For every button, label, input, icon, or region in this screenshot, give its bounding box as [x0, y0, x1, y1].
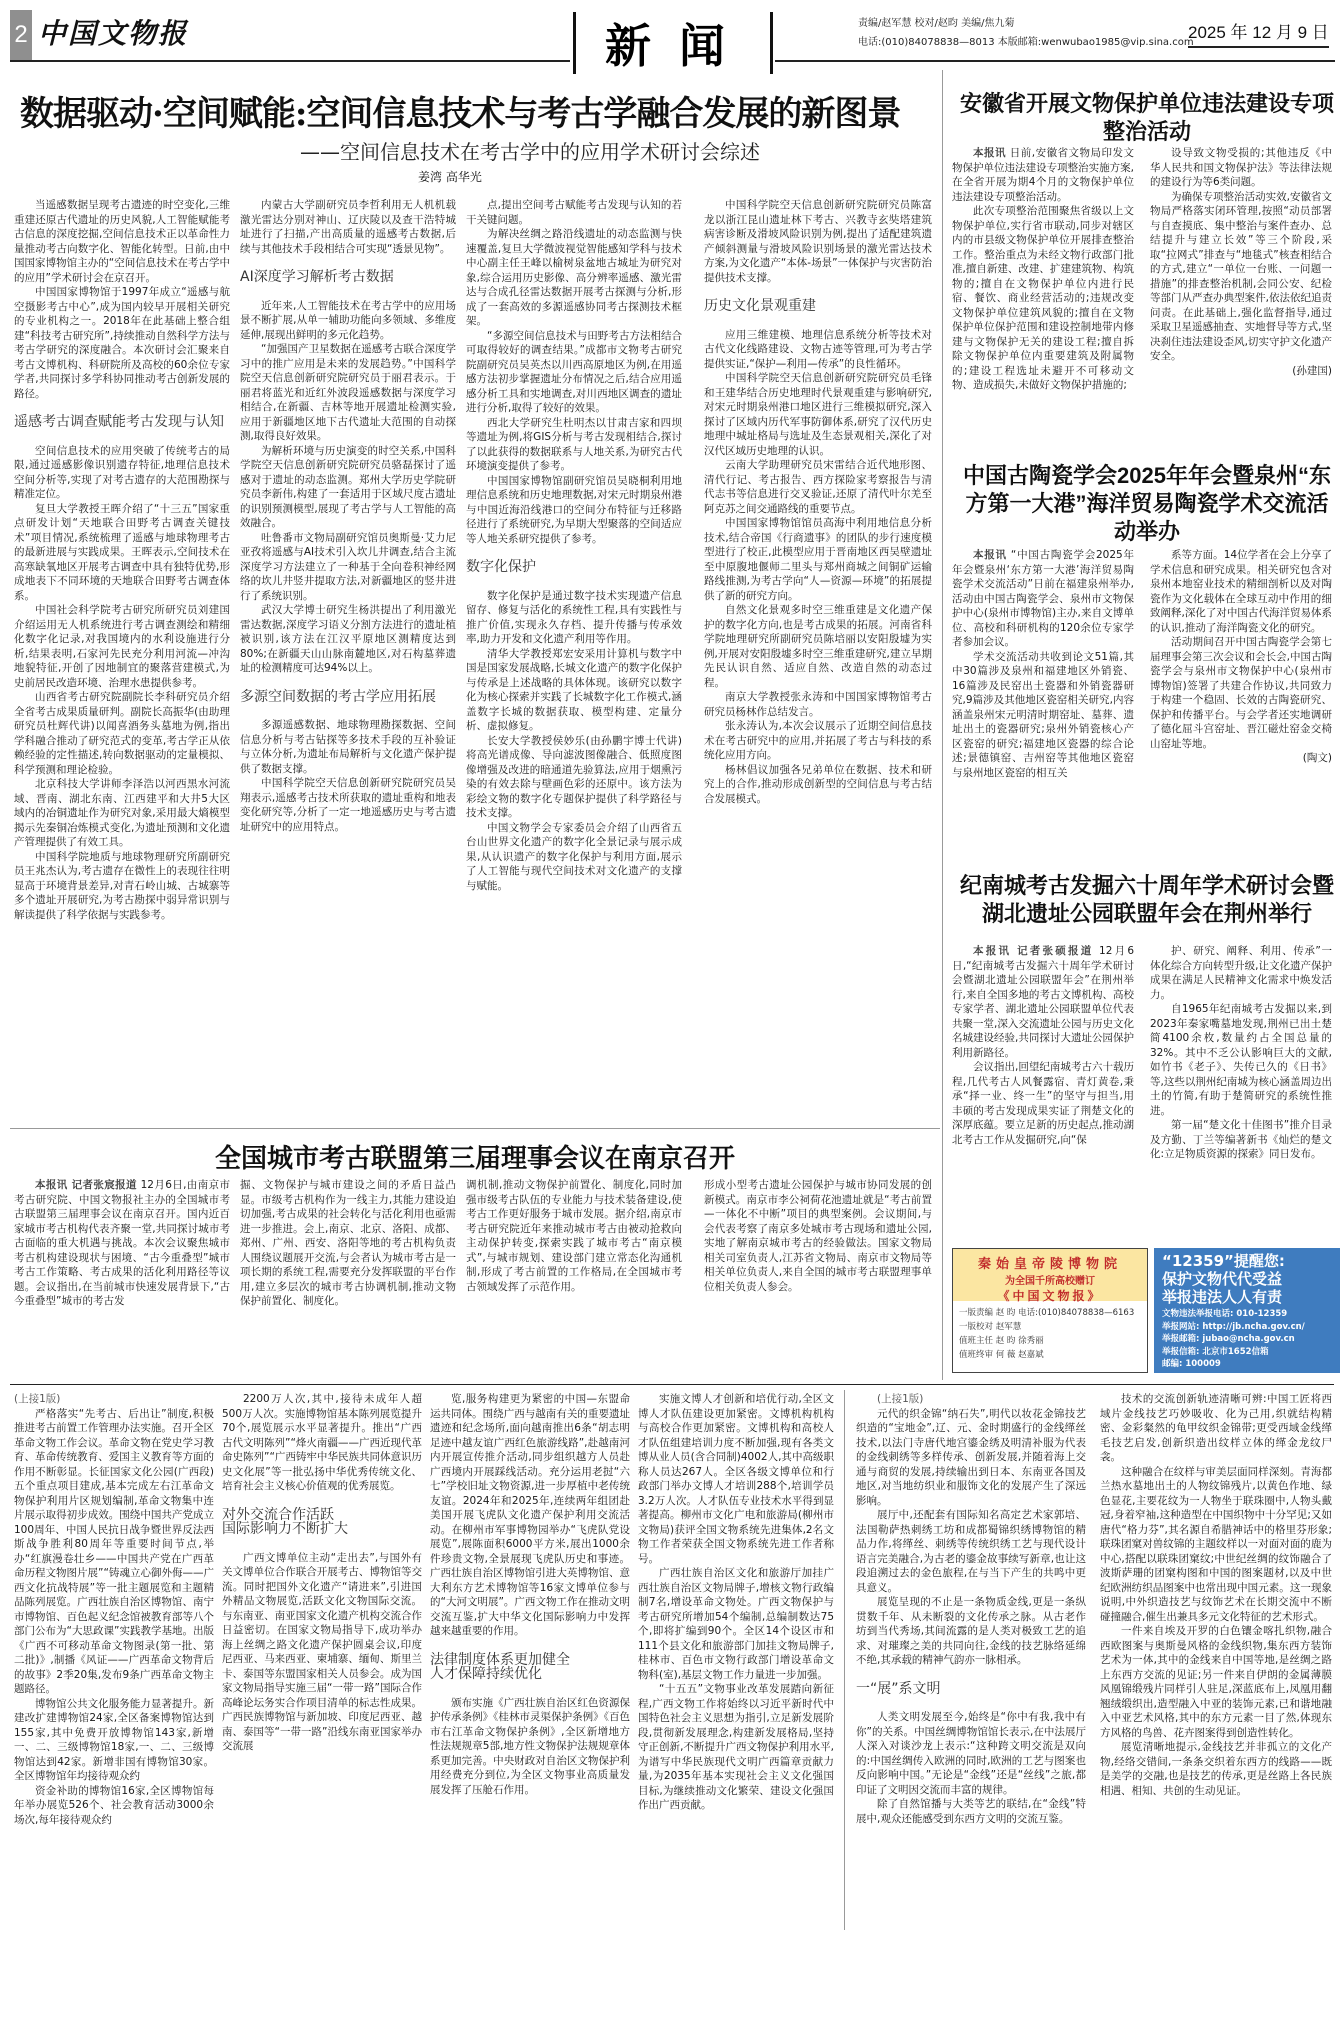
author-signature: (孙建国) [1150, 364, 1332, 379]
paragraph: 技术的交流创新轨迹清晰可辨:中国工匠将西域片金线技艺巧妙吸收、化为己用,织就结构… [1100, 1392, 1332, 1465]
paragraph-text: 学术交流活动共收到论文51篇,其中30篇涉及泉州和福建地区外销瓷、16篇涉及民窑… [952, 651, 1134, 779]
section-subheading: 法律制度体系更加健全 人才保障持续优化 [430, 1653, 630, 1682]
hotline-headline-3: 举报违法人人有责 [1162, 1288, 1332, 1306]
paragraph: 自1965年纪南城考古发掘以来,到2023年秦家嘴墓地发现,荆州已出土楚简410… [1150, 1002, 1332, 1118]
paragraph: 张永涛认为,本次会议展示了近期空间信息技术在考古研究中的应用,并拓展了考古与科技… [704, 719, 932, 763]
credits-line-1: 责编/赵军慧 校对/赵昀 美编/焦九菊 [858, 14, 1194, 33]
paragraph-text: 山西省考古研究院副院长李科研究员介绍全省考古成果质量研判。副院长高振华(由助理研… [14, 691, 230, 776]
paragraph: 展厅中,还配套有国际知名高定艺术家郭培、法国勒萨热刺绣工坊和成都蜀锦织绣博物馆的… [856, 1508, 1086, 1595]
paragraph: 展览清晰地提示,金线技艺并非孤立的文化产物,经络交错间,一条条交织着东西方的线路… [1100, 1740, 1332, 1798]
paragraph: 此次专项整治范围聚焦省级以上文物保护单位,实行省市联动,同步对辖区内的市县级文物… [952, 204, 1134, 393]
paragraph-text: 第一届“楚文化十佳图书”推介目录及方勤、丁兰等编著新书《灿烂的楚文化:立足物质资… [1150, 1119, 1332, 1160]
paragraph-text: 一件来自埃及开罗的白色镶金喀扎织物,融合西欧图案与奥斯曼风格的金线织物,集东西方… [1100, 1625, 1332, 1739]
paragraph: 吐鲁番市文物局副研究馆员奥斯曼·艾力尼亚孜将遥感与AI技术引入坎儿井调查,结合主… [240, 531, 456, 604]
paragraph: “十五五”文物事业改革发展踏向新征程,广西文物工作将始终以习近平新时代中国特色社… [638, 1682, 834, 1813]
section-subheading: 对外交流合作活跃 国际影响力不断扩大 [222, 1508, 422, 1537]
page-number: 2 [10, 10, 32, 60]
anhui-article-column-1: 本报讯 日前,安徽省文物局印发文物保护单位违法建设专项整治实施方案,在全省开展为… [952, 146, 1134, 436]
section-subheading: 历史文化景观重建 [704, 299, 932, 314]
paragraph-text: 12月6日,“纪南城考古发掘六十周年学术研讨会暨湖北遗址公园联盟年会”在荆州举行… [952, 945, 1134, 1059]
paragraph: 中国文物学会专家委员会介绍了山西省五台山世界文化遗产的数字化全景记录与展示成果,… [466, 821, 682, 894]
article-lead: 本报讯 [973, 549, 1007, 561]
paragraph: 展览呈现的不止是一条物质金线,更是一条纵贯数千年、从未断裂的文化传承之脉。从古老… [856, 1595, 1086, 1668]
guangxi-article-column-4: 实施文博人才创新和培优行动,全区文博人才队伍建设更加紧密。文博机构机构与高校合作… [638, 1392, 834, 1932]
paragraph: 资金补助的博物馆16家,全区博物馆每年举办展览526个、社会教育活动3000余场… [14, 1784, 214, 1828]
paragraph-text: 人类文明发展至今,始终是“你中有我,我中有你”的关系。中国丝绸博物馆馆长表示,在… [856, 1711, 1086, 1796]
guangxi-article-column-3: 览,服务构建更为紧密的中国—东盟命运共同体。围绕广西与越南有关的重要遗址遗迹和纪… [430, 1392, 630, 1932]
paragraph: 中国国家博物馆馆员高海中利用地信息分析技术,结合帝国《行商遗事》的团队的步行速度… [704, 516, 932, 603]
paragraph-text: 设导致文物受损的;其他违反《中华人民共和国文物保护法》等法律法规的建设行为等6类… [1150, 147, 1332, 188]
paragraph-text: 技术的交流创新轨迹清晰可辨:中国工匠将西域片金线技艺巧妙吸收、化为己用,织就结构… [1100, 1393, 1332, 1463]
paragraph: 云南大学助理研究员宋雷结合近代地形图、清代行记、考古报告、西方探险家考察报告与清… [704, 458, 932, 516]
paragraph-text: 中国文物学会专家委员会介绍了山西省五台山世界文化遗产的数字化全景记录与展示成果,… [466, 822, 682, 892]
paragraph: 览,服务构建更为紧密的中国—东盟命运共同体。围绕广西与越南有关的重要遗址遗迹和纪… [430, 1392, 630, 1639]
paragraph-text: 广西壮族自治区文化和旅游厅加挂广西壮族自治区文物局牌子,增核文物行政编制7名,增… [638, 1567, 834, 1681]
paragraph-text: 2200万人次,其中,接待未成年人超500万人次。实施博物馆基本陈列展览提升70… [222, 1393, 422, 1492]
paragraph-text: 展览清晰地提示,金线技艺并非孤立的文化产物,经络交错间,一条条交织着东西方的线路… [1100, 1741, 1332, 1797]
divider-city-article [10, 1128, 940, 1129]
paragraph-text: 实施文博人才创新和培优行动,全区文博人才队伍建设更加紧密。文博机构机构与高校合作… [638, 1393, 834, 1565]
author-signature: (陶文) [1150, 751, 1332, 766]
paragraph: 数字化保护是通过数字技术实现遗产信息留存、修复与活化的系统性工程,具有实践性与推… [466, 589, 682, 647]
masthead-rule-right [775, 60, 1335, 62]
hotline-headline-2: 保护文物代代受益 [1162, 1270, 1332, 1288]
hotline-email-link[interactable]: 举报邮箱: jubao@ncha.gov.cn [1162, 1333, 1332, 1346]
section-divider-left [573, 12, 576, 74]
hotline-mailbox: 举报信箱: 北京市1652信箱 [1162, 1346, 1332, 1359]
paragraph-text: “中国古陶瓷学会2025年年会暨泉州‘东方第一大港’海洋贸易陶瓷学术交流活动”日… [952, 549, 1134, 648]
paragraph-text: 严格落实“先考古、后出让”制度,积极推进考古前置工作管理办法实施。召开全区革命文… [14, 1408, 214, 1696]
section-subheading: 数字化保护 [466, 560, 682, 575]
paper-logo: 中国文物报 [38, 12, 188, 52]
paragraph-text: 应用三维建模、地理信息系统分析等技术对古代文化线路建设、文物古迹等管理,可为考古… [704, 329, 932, 370]
ceramics-article-title: 中国古陶瓷学会2025年年会暨泉州“东方第一大港”海洋贸易陶瓷学术交流活动举办 [950, 462, 1344, 546]
ceramics-article-column-1: 本报讯 “中国古陶瓷学会2025年年会暨泉州‘东方第一大港’海洋贸易陶瓷学术交流… [952, 548, 1134, 848]
gold-thread-article-column-1: (上接1版) 元代的织金锦“纳石失”,明代以妆花金锦技艺织造的“宝地金”,辽、元… [856, 1392, 1086, 1932]
paragraph-text: 颁布实施《广西壮族自治区红色资源保护传承条例》《桂林市灵渠保护条例》《百色市右江… [430, 1697, 630, 1796]
paragraph: 点,提出空间考古赋能考古发现与认知的若干关键问题。 [466, 198, 682, 227]
paragraph-text: 内蒙古大学副研究员李哲利用无人机机载激光雷达分别对神山、辽庆陵以及查干浩特城址进… [240, 199, 456, 255]
paragraph: 设导致文物受损的;其他违反《中华人民共和国文物保护法》等法律法规的建设行为等6类… [1150, 146, 1332, 190]
paragraph: 中国国家博物馆副研究馆员吴晓桐利用地理信息系统和历史地理数据,对宋元时期泉州港与… [466, 474, 682, 547]
gold-thread-article-column-2: 技术的交流创新轨迹清晰可辨:中国工匠将西域片金线技艺巧妙吸收、化为己用,织就结构… [1100, 1392, 1332, 1932]
paragraph: 这种融合在纹样与审美层面同样深刻。青海都兰热水墓地出土的人物纹锦残片,以黄色作地… [1100, 1465, 1332, 1625]
paragraph-text: 云南大学助理研究员宋雷结合近代地形图、清代行记、考古报告、西方探险家考察报告与清… [704, 459, 932, 515]
paragraph: 广西文博单位主动“走出去”,与国外有关文博单位合作联合开展考古、博物馆等交流。同… [222, 1551, 422, 1754]
paragraph: 空间信息技术的应用突破了传统考古的局限,通过遥感影像识别遗存特征,地理信息技术空… [14, 444, 230, 502]
paragraph: 中国科学院空天信息创新研究院研究员吴翔表示,遥感考古技术所获取的遗址重构和地表变… [240, 776, 456, 834]
paragraph-text: 中国国家博物馆馆员高海中利用地信息分析技术,结合帝国《行商遗事》的团队的步行速度… [704, 517, 932, 602]
report-hotline-ad: “12359”提醒您: 保护文物代代受益 举报违法人人有责 文物违法举报电话: … [1154, 1248, 1340, 1373]
paragraph: 会议指出,回望纪南城考古六十载历程,几代考古人风餐露宿、青灯黄卷,秉承“择一业、… [952, 1060, 1134, 1147]
section-subheading: 多源空间数据的考古学应用拓展 [240, 690, 456, 705]
hotline-phone: 文物违法举报电话: 010-12359 [1162, 1308, 1332, 1321]
paragraph: 调机制,推动文物保护前置化、制度化,同时加强市级考古队伍的专业能力与技术装备建设… [466, 1178, 682, 1294]
paragraph: 掘、文物保护与城市建设之间的矛盾日益凸显。市级考古机构作为一线主力,其能力建设迫… [240, 1178, 456, 1309]
city-article-column-1: 本报讯 记者张宸报道 12月6日,由南京市考古研究院、中国文物报社主办的全国城市… [14, 1178, 230, 1378]
paragraph: 中国社会科学院考古研究所研究员刘建国介绍运用无人机系统进行考古调查测绘和精细化数… [14, 603, 230, 690]
paragraph-text: 中国社会科学院考古研究所研究员刘建国介绍运用无人机系统进行考古调查测绘和精细化数… [14, 604, 230, 689]
staff-row: 值班主任 赵 昀 徐秀丽 [959, 1334, 1141, 1348]
continuation-label: (上接1版) [14, 1392, 214, 1407]
paragraph: 为解析环境与历史演变的时空关系,中国科学院空天信息创新研究院研究员骆磊探讨了遥感… [240, 444, 456, 531]
paragraph-text: 吐鲁番市文物局副研究馆员奥斯曼·艾力尼亚孜将遥感与AI技术引入坎儿井调查,结合主… [240, 532, 456, 602]
column-divider [844, 1390, 845, 1930]
paragraph: 当遥感数据呈现考古遗迹的时空变化,三维重建还原古代遗址的历史风貌,人工智能赋能考… [14, 198, 230, 285]
paragraph: 武汉大学博士研究生杨洪提出了利用激光雷达数据,深度学习语义分割方法进行的遗址植被… [240, 603, 456, 676]
paragraph-text: 西北大学研究生杜明杰以甘肃吉家和四坝等遗址为例,将GIS分析与考古发现相结合,探… [466, 417, 682, 473]
paragraph: 除了自然馆播与大类等艺的联结,在“金线”特展中,观众还能感受到东西方文明的交流互… [856, 1797, 1086, 1826]
paragraph: 应用三维建模、地理信息系统分析等技术对古代文化线路建设、文物古迹等管理,可为考古… [704, 328, 932, 372]
main-article-column-1: 当遥感数据呈现考古遗迹的时空变化,三维重建还原古代遗址的历史风貌,人工智能赋能考… [14, 198, 230, 1126]
paragraph-text: 南京大学教授张永涛和中国国家博物馆考古研究员杨林作总结发言。 [704, 691, 932, 718]
paragraph: 严格落实“先考古、后出让”制度,积极推进考古前置工作管理办法实施。召开全区革命文… [14, 1407, 214, 1697]
paragraph-text: 资金补助的博物馆16家,全区博物馆每年举办展览526个、社会教育活动3000余场… [14, 1785, 214, 1826]
paragraph-text: 中国科学院空天信息创新研究院研究员吴翔表示,遥感考古技术所获取的遗址重构和地表变… [240, 777, 456, 833]
staff-row: 值班终审 何 薇 赵嘉斌 [959, 1348, 1141, 1362]
paragraph-text: 复旦大学教授王晖介绍了“十三五”国家重点研发计划“天地联合田野考古调查关键技术”… [14, 503, 230, 602]
paragraph-text: 广西文博单位主动“走出去”,与国外有关文博单位合作联合开展考古、博物馆等交流。同… [222, 1552, 422, 1753]
paragraph: 中国科学院地质与地球物理研究所副研究员王兆杰认为,考古遗存在微性上的表现往往明显… [14, 850, 230, 923]
paragraph-text: 为解决丝绸之路沿线遗址的动态监测与快速覆盖,复旦大学微波视觉智能感知学科与技术中… [466, 228, 682, 327]
paragraph: 清华大学教授郑宏安采用计算机与数字中国是国家发展战略,长城文化遗产的数字化保护与… [466, 647, 682, 734]
section-title: 新闻 [605, 10, 753, 76]
paragraph-text: 杨林倡议加强各兄弟单位在数据、技术和研究上的合作,推动形成创新型的空间信息与考古… [704, 764, 932, 805]
paragraph: “加强国产卫星数据在遥感考古联合深度学习中的推广应用是未来的发展趋势。”中国科学… [240, 342, 456, 444]
bottom-section-rule [10, 1384, 1334, 1385]
paragraph-text: 当遥感数据呈现考古遗迹的时空变化,三维重建还原古代遗址的历史风貌,人工智能赋能考… [14, 199, 230, 284]
jinan-article-column-2: 护、研究、阐释、利用、传承”一体化综合方向转型升级,让文化遗产保护成果在满足人民… [1150, 944, 1332, 1234]
paragraph: 自然文化景观多时空三维重建是文化遗产保护的数字化方向,也是考古成果的拓展。河南省… [704, 603, 932, 690]
paragraph: 广西壮族自治区文化和旅游厅加挂广西壮族自治区文物局牌子,增核文物行政编制7名,增… [638, 1566, 834, 1682]
anhui-article-title: 安徽省开展文物保护单位违法建设专项整治活动 [950, 90, 1344, 146]
paragraph-text: 数字化保护是通过数字技术实现遗产信息留存、修复与活化的系统性工程,具有实践性与推… [466, 590, 682, 646]
paragraph: 本报讯 “中国古陶瓷学会2025年年会暨泉州‘东方第一大港’海洋贸易陶瓷学术交流… [952, 548, 1134, 650]
paragraph-text: 活动期间召开中国古陶瓷学会第七届理事会第三次会议和会长会,中国古陶瓷学会与泉州市… [1150, 636, 1332, 750]
paragraph: “多源空间信息技术与田野考古方法相结合可取得较好的调查结果。”成都市文物考古研究… [466, 329, 682, 416]
paragraph: 为确保专项整治活动实效,安徽省文物局严格落实闭环管理,按照“动员部署与自查摸底、… [1150, 190, 1332, 364]
hotline-website-link[interactable]: 举报网站: http://jb.ncha.gov.cn/ [1162, 1321, 1332, 1334]
paragraph: 南京大学教授张永涛和中国国家博物馆考古研究员杨林作总结发言。 [704, 690, 932, 719]
paragraph: 本报讯 记者张硕报道 12月6日,“纪南城考古发掘六十周年学术研讨会暨湖北遗址公… [952, 944, 1134, 1060]
staff-row: 一版责编 赵 昀 电话:(010)84078838—6163 [959, 1306, 1141, 1320]
paragraph: 护、研究、阐释、利用、传承”一体化综合方向转型升级,让文化遗产保护成果在满足人民… [1150, 944, 1332, 1002]
ad-title: 秦始皇帝陵博物院 [953, 1253, 1147, 1272]
paragraph: 本报讯 日前,安徽省文物局印发文物保护单位违法建设专项整治实施方案,在全省开展为… [952, 146, 1134, 204]
paragraph-text: “加强国产卫星数据在遥感考古联合深度学习中的推广应用是未来的发展趋势。”中国科学… [240, 343, 456, 442]
main-article-column-2: 内蒙古大学副研究员李哲利用无人机机载激光雷达分别对神山、辽庆陵以及查干浩特城址进… [240, 198, 456, 1126]
paragraph-text: 会议指出,回望纪南城考古六十载历程,几代考古人风餐露宿、青灯黄卷,秉承“择一业、… [952, 1061, 1134, 1146]
paragraph-text: 自1965年纪南城考古发掘以来,到2023年秦家嘴墓地发现,荆州已出土楚简410… [1150, 1003, 1332, 1117]
paragraph: 内蒙古大学副研究员李哲利用无人机机载激光雷达分别对神山、辽庆陵以及查干浩特城址进… [240, 198, 456, 256]
guangxi-article-column-1: (上接1版) 严格落实“先考古、后出让”制度,积极推进考古前置工作管理办法实施。… [14, 1392, 214, 1932]
paragraph: 为解决丝绸之路沿线遗址的动态监测与快速覆盖,复旦大学微波视觉智能感知学科与技术中… [466, 227, 682, 329]
paragraph-text: 张永涛认为,本次会议展示了近期空间信息技术在考古研究中的应用,并拓展了考古与科技… [704, 720, 932, 761]
paragraph-text: 中国国家博物馆副研究馆员吴晓桐利用地理信息系统和历史地理数据,对宋元时期泉州港与… [466, 475, 682, 545]
paragraph: 长安大学教授侯妙乐(由孙鹏宇博士代讲)将高光谱成像、导向滤波图像融合、低照度图像… [466, 734, 682, 821]
main-article-subtitle: ——空间信息技术在考古学中的应用学术研讨会综述 [300, 136, 760, 165]
paragraph: 西北大学研究生杜明杰以甘肃吉家和四坝等遗址为例,将GIS分析与考古发现相结合,探… [466, 416, 682, 474]
paragraph-text: “十五五”文物事业改革发展踏向新征程,广西文物工作将始终以习近平新时代中国特色社… [638, 1683, 834, 1811]
paragraph-text: 中国科学院空天信息创新研究院研究员陈富龙以浙江昆山遗址林下考古、兴教寺玄奘塔建筑… [704, 199, 932, 284]
ad-subtitle: 为全国千所高校赠订 [953, 1272, 1147, 1287]
paragraph: 中国科学院空天信息创新研究院研究员毛锋和王建华结合历史地理时代景观重建与影响研究… [704, 371, 932, 458]
ceramics-article-column-2: 系等方面。14位学者在会上分享了学术信息和研究成果。相关研究包含对泉州本地窑业技… [1150, 548, 1332, 848]
paragraph: 杨林倡议加强各兄弟单位在数据、技术和研究上的合作,推动形成创新型的空间信息与考古… [704, 763, 932, 807]
paragraph-text: 为确保专项整治活动实效,安徽省文物局严格落实闭环管理,按照“动员部署与自查摸底、… [1150, 191, 1332, 363]
article-lead: 本报讯 记者张硕报道 [973, 945, 1093, 957]
hotline-contacts: 文物违法举报电话: 010-12359 举报网站: http://jb.ncha… [1162, 1308, 1332, 1371]
paragraph: 学术交流活动共收到论文51篇,其中30篇涉及泉州和福建地区外销瓷、16篇涉及民窑… [952, 650, 1134, 781]
section-subheading: AI深度学习解析考古数据 [240, 270, 456, 285]
paragraph: 活动期间召开中国古陶瓷学会第七届理事会第三次会议和会长会,中国古陶瓷学会与泉州市… [1150, 635, 1332, 751]
paragraph-text: 中国国家博物馆于1997年成立“遥感与航空摄影考古中心”,成为国内较早开展相关研… [14, 286, 230, 400]
paragraph-text: 览,服务构建更为紧密的中国—东盟命运共同体。围绕广西与越南有关的重要遗址遗迹和纪… [430, 1393, 630, 1637]
city-article-column-2: 掘、文物保护与城市建设之间的矛盾日益凸显。市级考古机构作为一线主力,其能力建设迫… [240, 1178, 456, 1378]
staff-row: 一版校对 赵军慧 [959, 1320, 1141, 1334]
paragraph-text: 中国科学院地质与地球物理研究所副研究员王兆杰认为,考古遗存在微性上的表现往往明显… [14, 851, 230, 921]
paragraph-text: 系等方面。14位学者在会上分享了学术信息和研究成果。相关研究包含对泉州本地窑业技… [1150, 549, 1332, 634]
article-lead: 本报讯 记者张宸报道 [35, 1179, 137, 1191]
editor-credits: 责编/赵军慧 校对/赵昀 美编/焦九菊 电话:(010)84078838—801… [858, 14, 1194, 52]
paragraph-text: 近年来,人工智能技术在考古学中的应用场景不断扩展,从单一辅助功能向多领域、多维度… [240, 300, 456, 341]
paragraph: 一件来自埃及开罗的白色镶金喀扎织物,融合西欧图案与奥斯曼风格的金线织物,集东西方… [1100, 1624, 1332, 1740]
main-article-column-4: 中国科学院空天信息创新研究院研究员陈富龙以浙江昆山遗址林下考古、兴教寺玄奘塔建筑… [704, 198, 932, 1126]
paragraph-text: 为解析环境与历史演变的时空关系,中国科学院空天信息创新研究院研究员骆磊探讨了遥感… [240, 445, 456, 530]
paragraph: 中国国家博物馆于1997年成立“遥感与航空摄影考古中心”,成为国内较早开展相关研… [14, 285, 230, 401]
paragraph: 系等方面。14位学者在会上分享了学术信息和研究成果。相关研究包含对泉州本地窑业技… [1150, 548, 1332, 635]
section-subheading: 遥感考古调查赋能考古发现与认知 [14, 415, 230, 430]
jinan-city-article-title: 纪南城考古发掘六十周年学术研讨会暨 湖北遗址公园联盟年会在荆州举行 [950, 872, 1344, 928]
paragraph-text: 元代的织金锦“纳石失”,明代以妆花金锦技艺织造的“宝地金”,辽、元、金时期盛行的… [856, 1408, 1086, 1507]
paragraph: 近年来,人工智能技术在考古学中的应用场景不断扩展,从单一辅助功能向多领域、多维度… [240, 299, 456, 343]
paragraph-text: 点,提出空间考古赋能考古发现与认知的若干关键问题。 [466, 199, 682, 226]
qin-museum-ad: 秦始皇帝陵博物院 为全国千所高校赠订 《中国文物报》 一版责编 赵 昀 电话:(… [952, 1248, 1148, 1373]
paragraph: 山西省考古研究院副院长李科研究员介绍全省考古成果质量研判。副院长高振华(由助理研… [14, 690, 230, 777]
paragraph: 多源遥感数据、地球物理勘探数据、空间信息分析与考古钻探等多技术手段的互补验证与立… [240, 718, 456, 776]
masthead: 2 中国文物报 新闻 责编/赵军慧 校对/赵昀 美编/焦九菊 电话:(010)8… [0, 0, 1344, 62]
paragraph-text: 长安大学教授侯妙乐(由孙鹏宇博士代讲)将高光谱成像、导向滤波图像融合、低照度图像… [466, 735, 682, 820]
continuation-label: (上接1版) [856, 1392, 1086, 1407]
section-divider-right [770, 12, 773, 74]
paragraph: 2200万人次,其中,接待未成年人超500万人次。实施博物馆基本陈列展览提升70… [222, 1392, 422, 1494]
section-subheading: 一“展”系文明 [856, 1682, 1086, 1697]
paragraph-text: 博物馆公共文化服务能力显著提升。新建改扩建博物馆24家,全区备案博物馆达到155… [14, 1698, 214, 1783]
paragraph: 形成小型考古遗址公园保护与城市协同发展的创新模式。南京市李公祠荷花池遗址就是“考… [704, 1178, 932, 1294]
hotline-headline-1: “12359”提醒您: [1162, 1252, 1332, 1270]
main-article-title: 数据驱动·空间赋能:空间信息技术与考古学融合发展的新图景 [20, 86, 940, 135]
column-divider [942, 70, 943, 1380]
paragraph-text: 中国科学院空天信息创新研究院研究员毛锋和王建华结合历史地理时代景观重建与影响研究… [704, 372, 932, 457]
issue-date: 2025 年 12 月 9 日 [1188, 18, 1329, 48]
paragraph-text: 除了自然馆播与大类等艺的联结,在“金线”特展中,观众还能感受到东西方文明的交流互… [856, 1798, 1086, 1825]
paragraph: 颁布实施《广西壮族自治区红色资源保护传承条例》《桂林市灵渠保护条例》《百色市右江… [430, 1696, 630, 1798]
paragraph: 博物馆公共文化服务能力显著提升。新建改扩建博物馆24家,全区备案博物馆达到155… [14, 1697, 214, 1784]
city-archaeology-article-title: 全国城市考古联盟第三届理事会议在南京召开 [0, 1138, 950, 1175]
main-article-byline: 姜湾 高华光 [418, 168, 482, 185]
paragraph-text: 北京科技大学讲师李泽浩以河西黑水河流域、晋南、湖北东南、江西建平和大井5大区域内… [14, 778, 230, 848]
paragraph-text: 展览呈现的不止是一条物质金线,更是一条纵贯数千年、从未断裂的文化传承之脉。从古老… [856, 1596, 1086, 1666]
guangxi-article-column-2: 2200万人次,其中,接待未成年人超500万人次。实施博物馆基本陈列展览提升70… [222, 1392, 422, 1932]
paragraph-text: 自然文化景观多时空三维重建是文化遗产保护的数字化方向,也是考古成果的拓展。河南省… [704, 604, 932, 689]
paragraph: 第一届“楚文化十佳图书”推介目录及方勤、丁兰等编著新书《灿烂的楚文化:立足物质资… [1150, 1118, 1332, 1162]
jinan-article-column-1: 本报讯 记者张硕报道 12月6日,“纪南城考古发掘六十周年学术研讨会暨湖北遗址公… [952, 944, 1134, 1234]
paragraph: 12月6日,由南京市考古研究院、中国文物报社主办的全国城市考古联盟第三届理事会议… [14, 1179, 230, 1307]
paragraph-text: 这种融合在纹样与审美层面同样深刻。青海都兰热水墓地出土的人物纹锦残片,以黄色作地… [1100, 1466, 1332, 1623]
jinan-title-line-1: 纪南城考古发掘六十周年学术研讨会暨 [950, 872, 1344, 900]
paragraph-text: 武汉大学博士研究生杨洪提出了利用激光雷达数据,深度学习语义分割方法进行的遗址植被… [240, 604, 456, 674]
article-lead: 本报讯 [973, 147, 1006, 159]
paragraph-text: 空间信息技术的应用突破了传统考古的局限,通过遥感影像识别遗存特征,地理信息技术空… [14, 445, 230, 501]
paragraph-text: 展厅中,还配套有国际知名高定艺术家郭培、法国勒萨热刺绣工坊和成都蜀锦织绣博物馆的… [856, 1509, 1086, 1594]
paragraph-text: “多源空间信息技术与田野考古方法相结合可取得较好的调查结果。”成都市文物考古研究… [466, 330, 682, 415]
staff-list: 一版责编 赵 昀 电话:(010)84078838—6163 一版校对 赵军慧 … [953, 1301, 1147, 1367]
paragraph: 复旦大学教授王晖介绍了“十三五”国家重点研发计划“天地联合田野考古调查关键技术”… [14, 502, 230, 604]
jinan-title-line-2: 湖北遗址公园联盟年会在荆州举行 [950, 900, 1344, 928]
paragraph-text: 护、研究、阐释、利用、传承”一体化综合方向转型升级,让文化遗产保护成果在满足人民… [1150, 945, 1332, 1001]
paragraph: 人类文明发展至今,始终是“你中有我,我中有你”的关系。中国丝绸博物馆馆长表示,在… [856, 1710, 1086, 1797]
credits-line-2: 电话:(010)84078838—8013 本版邮箱:wenwubao1985@… [858, 33, 1194, 52]
paragraph-text: 多源遥感数据、地球物理勘探数据、空间信息分析与考古钻探等多技术手段的互补验证与立… [240, 719, 456, 775]
paragraph-text: 清华大学教授郑宏安采用计算机与数字中国是国家发展战略,长城文化遗产的数字化保护与… [466, 648, 682, 733]
city-article-column-4: 形成小型考古遗址公园保护与城市协同发展的创新模式。南京市李公祠荷花池遗址就是“考… [704, 1178, 932, 1378]
anhui-article-column-2: 设导致文物受损的;其他违反《中华人民共和国文物保护法》等法律法规的建设行为等6类… [1150, 146, 1332, 436]
masthead-rule-left [10, 60, 570, 62]
paragraph-text: 此次专项整治范围聚焦省级以上文物保护单位,实行省市联动,同步对辖区内的市县级文物… [952, 205, 1134, 391]
city-article-column-3: 调机制,推动文物保护前置化、制度化,同时加强市级考古队伍的专业能力与技术装备建设… [466, 1178, 682, 1378]
paragraph: 北京科技大学讲师李泽浩以河西黑水河流域、晋南、湖北东南、江西建平和大井5大区域内… [14, 777, 230, 850]
main-article-column-3: 点,提出空间考古赋能考古发现与认知的若干关键问题。为解决丝绸之路沿线遗址的动态监… [466, 198, 682, 1126]
paragraph: 元代的织金锦“纳石失”,明代以妆花金锦技艺织造的“宝地金”,辽、元、金时期盛行的… [856, 1407, 1086, 1509]
hotline-postcode: 邮编: 100009 [1162, 1358, 1332, 1371]
paragraph: 中国科学院空天信息创新研究院研究员陈富龙以浙江昆山遗址林下考古、兴教寺玄奘塔建筑… [704, 198, 932, 285]
paragraph: 实施文博人才创新和培优行动,全区文博人才队伍建设更加紧密。文博机构机构与高校合作… [638, 1392, 834, 1566]
